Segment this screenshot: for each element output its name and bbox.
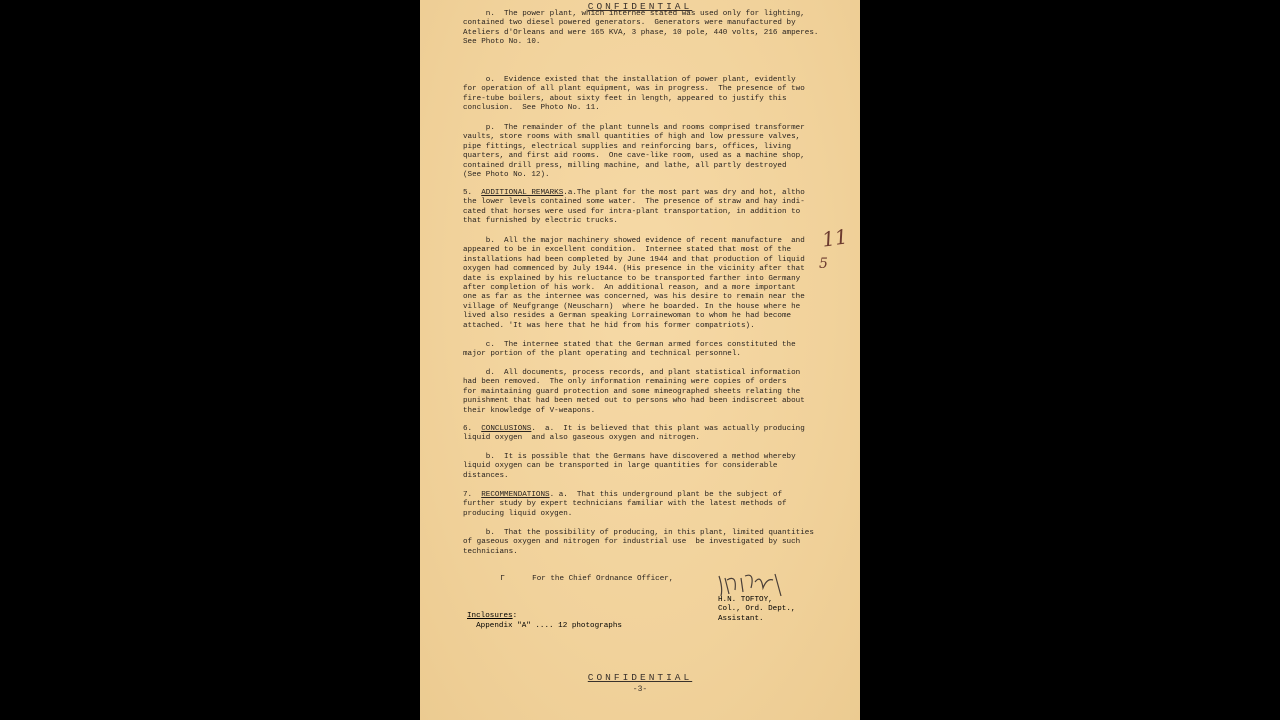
inclosures: Inclosures: Appendix "A" .... 12 photogr…	[467, 612, 622, 631]
section-heading: CONCLUSIONS	[481, 425, 531, 433]
paragraph-6a: 6. CONCLUSIONS. a. It is believed that t…	[463, 425, 833, 444]
paragraph-o: o. Evidence existed that the installatio…	[463, 76, 833, 114]
section-heading: RECOMMENDATIONS	[481, 491, 549, 499]
closing-line: Γ For the Chief Ordnance Officer,	[482, 566, 852, 594]
section-heading: ADDITIONAL REMARKS	[481, 189, 563, 197]
signature-block: H.N. TOFTOY, Col., Ord. Dept., Assistant…	[718, 596, 795, 624]
paragraph-p: p. The remainder of the plant tunnels an…	[463, 124, 833, 180]
inclosure-item: Appendix "A" .... 12 photographs	[476, 622, 622, 630]
paragraph-5c: c. The internee stated that the German a…	[463, 341, 833, 360]
inclosures-label: Inclosures	[467, 612, 513, 620]
page-number: -3-	[420, 685, 860, 694]
paragraph-5b: b. All the major machinery showed eviden…	[463, 237, 833, 331]
paragraph-5a: 5. ADDITIONAL REMARKS.a.The plant for th…	[463, 189, 833, 227]
handwritten-mark-eleven: 11	[820, 224, 849, 251]
handwritten-mark-five: 5	[819, 256, 828, 272]
paragraph-7b: b. That the possibility of producing, in…	[463, 529, 833, 557]
bracket-mark: Γ	[500, 575, 505, 583]
paragraph-5d: d. All documents, process records, and p…	[463, 369, 833, 416]
paragraph-n: n. The power plant, which internee state…	[463, 10, 833, 48]
paragraph-7a: 7. RECOMMENDATIONS. a. That this undergr…	[463, 491, 833, 519]
paragraph-6b: b. It is possible that the Germans have …	[463, 453, 833, 481]
classification-footer: CONFIDENTIAL	[420, 672, 860, 683]
